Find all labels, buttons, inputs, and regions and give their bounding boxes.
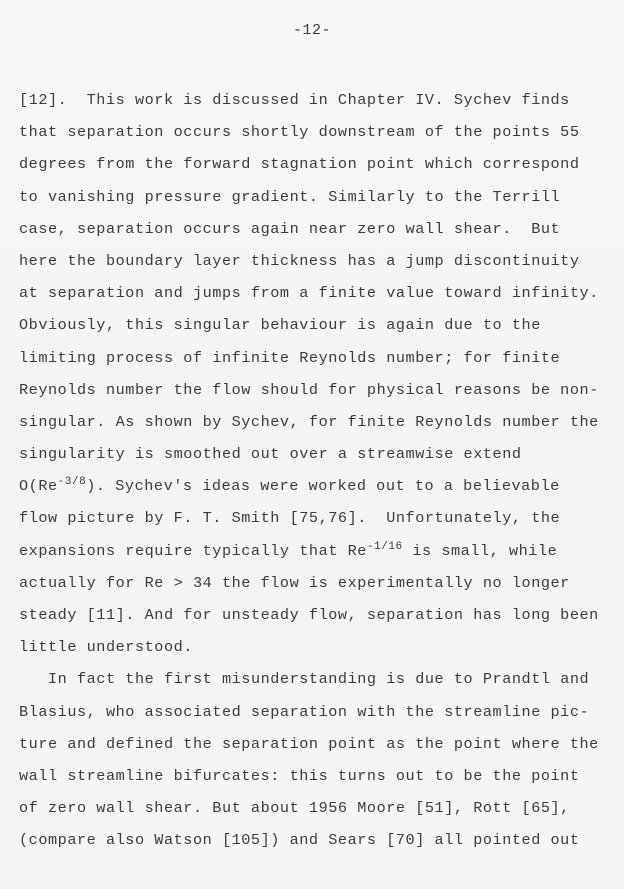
text-line: case, separation occurs again near zero … — [19, 213, 619, 245]
text-line: actually for Re > 34 the flow is experim… — [19, 567, 619, 599]
text-segment: O(Re — [19, 477, 58, 495]
text-line-with-exponent: O(Re-3/8). Sychev's ideas were worked ou… — [19, 470, 619, 502]
text-line: Blasius, who associated separation with … — [19, 696, 619, 728]
exponent: -1/16 — [367, 541, 403, 553]
text-line-with-exponent: expansions require typically that Re-1/1… — [19, 535, 619, 567]
text-line: that separation occurs shortly downstrea… — [19, 116, 619, 148]
body-text: [12]. This work is discussed in Chapter … — [19, 84, 619, 857]
text-segment: is small, while — [403, 542, 558, 560]
text-segment: expansions require typically that Re — [19, 542, 367, 560]
paragraph-2: In fact the first misunderstanding is du… — [19, 663, 619, 856]
text-line: flow picture by F. T. Smith [75,76]. Unf… — [19, 502, 619, 534]
text-line: Obviously, this singular behaviour is ag… — [19, 309, 619, 341]
text-line: wall streamline bifurcates: this turns o… — [19, 760, 619, 792]
text-line: steady [11]. And for unsteady flow, sepa… — [19, 599, 619, 631]
text-line: of zero wall shear. But about 1956 Moore… — [19, 792, 619, 824]
text-line: to vanishing pressure gradient. Similarl… — [19, 181, 619, 213]
text-line: singularity is smoothed out over a strea… — [19, 438, 619, 470]
text-line: [12]. This work is discussed in Chapter … — [19, 84, 619, 116]
paragraph-1: [12]. This work is discussed in Chapter … — [19, 84, 619, 663]
text-line: little understood. — [19, 631, 619, 663]
text-segment: ). Sychev's ideas were worked out to a b… — [86, 477, 560, 495]
text-line: at separation and jumps from a finite va… — [19, 277, 619, 309]
text-line: In fact the first misunderstanding is du… — [19, 663, 619, 695]
text-line: ture and defined the separation point as… — [19, 728, 619, 760]
exponent: -3/8 — [58, 476, 87, 488]
text-line: Reynolds number the flow should for phys… — [19, 374, 619, 406]
text-line: limiting process of infinite Reynolds nu… — [19, 342, 619, 374]
text-line: singular. As shown by Sychev, for finite… — [19, 406, 619, 438]
text-line: degrees from the forward stagnation poin… — [19, 148, 619, 180]
page-number: -12- — [0, 22, 624, 39]
text-line: here the boundary layer thickness has a … — [19, 245, 619, 277]
text-line: (compare also Watson [105]) and Sears [7… — [19, 824, 619, 856]
